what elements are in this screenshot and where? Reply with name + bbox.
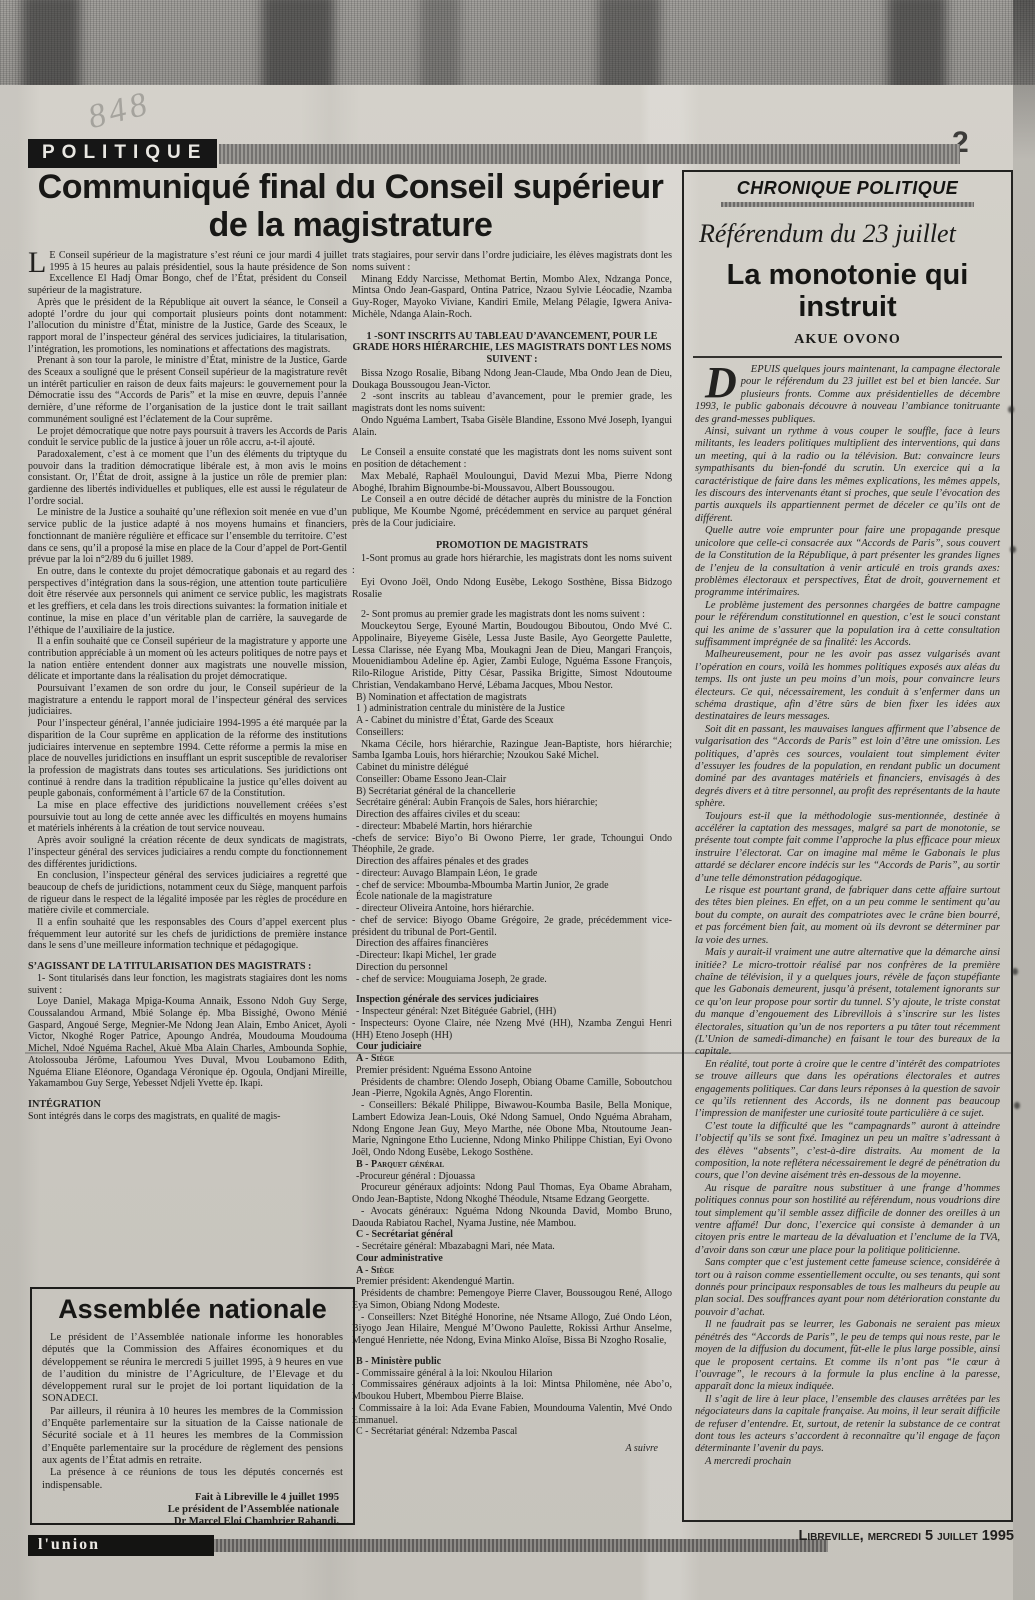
text-block: - directeur: Mbabelé Martin, hors hiérar…: [352, 821, 672, 833]
text-block: Toujours est-il que la méthodologie sus-…: [695, 811, 1000, 885]
text-block: Cabinet du ministre délégué: [352, 762, 672, 774]
text-block: Ondo Nguéma Lambert, Tsaba Gisèle Blandi…: [352, 415, 672, 439]
text-block: Loye Daniel, Makaga Mpiga-Kouma Annaik, …: [28, 996, 347, 1090]
text-block: Malheureusement, pour ne les avoir pas a…: [695, 649, 1000, 723]
text-block: - directeur: Auvago Blampain Léon, 1e gr…: [352, 868, 672, 880]
text-block: École nationale de la magistrature: [352, 891, 672, 903]
text-block: La mise en place effective des juridicti…: [28, 800, 347, 835]
text-block: - Inspecteur général: Nzet Bitéguée Gabr…: [352, 1006, 672, 1018]
text-block: Le projet démocratique que notre pays po…: [28, 426, 347, 449]
text-block: 1-Sont promus au grade hors hiérarchie, …: [352, 553, 672, 577]
chronique-title-line1: La monotonie qui: [727, 259, 969, 291]
text-block: - Conseillers: Nzet Bitéghé Honorine, né…: [352, 1312, 672, 1347]
text-block: 1- Sont titularisés dans leur fonction, …: [28, 973, 347, 996]
text-block: Poursuivant l’examen de son ordre du jou…: [28, 683, 347, 718]
text-block: En réalité, tout porte à croire que le c…: [695, 1059, 1000, 1121]
assemblee-nationale-box: Assemblée nationale Le président de l’As…: [30, 1287, 355, 1525]
text-block: Mais y aurait-il vraiment une autre alte…: [695, 947, 1000, 1059]
text-block: Soit dit en passant, les mauvaises langu…: [695, 724, 1000, 811]
text-block: - chef de service: Mouguiama Joseph, 2e …: [352, 974, 672, 986]
section-banner: POLITIQUE: [28, 139, 960, 168]
article-column-2: trats stagiaires, pour servir dans l’ord…: [352, 250, 672, 1542]
text-block: - Commissaires généraux adjoints à la lo…: [352, 1379, 672, 1403]
text-block: Sont intégrés dans le corps des magistra…: [28, 1111, 347, 1123]
text-block: LE Conseil supérieur de la magistrature …: [28, 250, 347, 297]
text-block: Premier président: Akendengué Martin.: [352, 1276, 672, 1288]
text-block: Inspection générale des services judicia…: [352, 994, 672, 1006]
text-block: 1 -SONT INSCRITS AU TABLEAU D’AVANCEMENT…: [352, 331, 672, 366]
scan-right-edge: [1013, 0, 1035, 1600]
text-block: - chef de service: Mboumba-Mboumba Marti…: [352, 880, 672, 892]
text-block: A - Siège: [352, 1265, 672, 1277]
text-block: Secrétaire général: Aubin François de Sa…: [352, 797, 672, 809]
article-column-1: LE Conseil supérieur de la magistrature …: [28, 250, 347, 1284]
text-block: Après que le président de la République …: [28, 297, 347, 356]
text-block: Conseillers:: [352, 727, 672, 739]
text-block: Sans compter que c’est justement cette f…: [695, 1257, 1000, 1319]
chronique-byline: AKUE OVONO: [695, 332, 1000, 348]
text-block: Direction des affaires financières: [352, 938, 672, 950]
text-block: - Conseillers: Békalé Philippe, Biwawou-…: [352, 1100, 672, 1159]
text-block: Mouckeytou Serge, Eyouné Martin, Boudoug…: [352, 621, 672, 692]
scan-streak: [420, 0, 460, 98]
text-block: B - Parquet général: [352, 1159, 672, 1171]
text-block: Conseiller: Obame Essono Jean-Clair: [352, 774, 672, 786]
section-banner-strip: [219, 144, 960, 164]
text-block: Il a enfin souhaité que ce Conseil supér…: [28, 636, 347, 683]
assemblee-title: Assemblée nationale: [42, 1294, 343, 1325]
text-block: Direction des affaires civiles et du sce…: [352, 809, 672, 821]
text-block: - Commissaire général à la loi: Nkoulou …: [352, 1368, 672, 1380]
text-block: B) Secrétariat général de la chancelleri…: [352, 786, 672, 798]
drop-cap: D: [695, 364, 741, 400]
text-block: Direction des affaires pénales et des gr…: [352, 856, 672, 868]
text-block: - Inspecteurs: Oyone Claire, née Nzeng M…: [352, 1018, 672, 1042]
text-block: Max Mebalé, Raphaël Mouloungui, David Me…: [352, 471, 672, 495]
chronique-body: DEPUIS quelques jours maintenant, la cam…: [695, 364, 1000, 1468]
text-block: Le président de l’Assemblée nationale: [42, 1504, 343, 1516]
text-block: Paradoxalement, c’est à ce moment que l’…: [28, 449, 347, 508]
text-block: Il s’agit de lire à leur place, l’ensemb…: [695, 1394, 1000, 1456]
text-block: Présidents de chambre: Olendo Joseph, Ob…: [352, 1077, 672, 1101]
text-block: DEPUIS quelques jours maintenant, la cam…: [695, 364, 1000, 426]
text-block: INTÉGRATION: [28, 1099, 347, 1111]
text-block: C - Secrétariat général: [352, 1229, 672, 1241]
text-block: En conclusion, l’inspecteur général des …: [28, 870, 347, 917]
text-block: Le ministre de la Justice a souhaité qu’…: [28, 507, 347, 566]
chronique-kicker: Chronique politique: [695, 178, 1000, 199]
text-block: Le président de l’Assemblée nationale in…: [42, 1332, 343, 1406]
text-block: -Procureur général : Djouassa: [352, 1171, 672, 1183]
text-block: La présence à ce réunions de tous les dé…: [42, 1467, 343, 1492]
text-block: Premier président: Nguéma Essono Antoine: [352, 1065, 672, 1077]
text-block: B) Nomination et affectation de magistra…: [352, 692, 672, 704]
section-label: POLITIQUE: [28, 139, 217, 168]
text-block: Minang Eddy Narcisse, Methomat Bertin, M…: [352, 274, 672, 321]
text-block: A mercredi prochain: [695, 1456, 1000, 1468]
main-headline: Communiqué final du Conseil supérieurde …: [28, 168, 673, 244]
text-block: C - Secrétariat général: Ndzemba Pascal: [352, 1426, 672, 1438]
scan-streak: [22, 0, 80, 98]
text-block: Ainsi, suivant un rythme à vous couper l…: [695, 426, 1000, 525]
scan-streak: [888, 0, 946, 98]
chronique-surtitle: Référendum du 23 juillet: [695, 219, 1000, 249]
scan-speck: [1014, 1102, 1020, 1109]
text-block: 1 ) administration centrale du ministère…: [352, 703, 672, 715]
text-block: Prenant à son tour la parole, le ministr…: [28, 355, 347, 425]
byline-rule: [693, 356, 1002, 358]
headline-line1: Communiqué final du Conseil supérieur: [38, 168, 664, 206]
scan-streak: [262, 0, 334, 98]
chronique-politique-box: Chronique politique Référendum du 23 jui…: [682, 170, 1013, 1522]
text-block: C’est toute la difficulté que les “campa…: [695, 1121, 1000, 1183]
text-block: -chefs de service: Biyo’o Bi Owono Pierr…: [352, 833, 672, 857]
text-block: A - Cabinet du ministre d’État, Garde de…: [352, 715, 672, 727]
text-block: Le risque est pourtant grand, de fabriqu…: [695, 885, 1000, 947]
text-block: Cour administrative: [352, 1253, 672, 1265]
text-block: Le Conseil a ensuite constaté que les ma…: [352, 447, 672, 471]
text-block: 2 -sont inscrits au tableau d’avancement…: [352, 391, 672, 415]
chronique-title: La monotonie quiinstruit: [695, 259, 1000, 323]
text-block: Au risque de paraître nous substituer à …: [695, 1183, 1000, 1257]
text-block: - directeur Oliveira Antoine, hors hiéra…: [352, 903, 672, 915]
text-block: Nkama Cécile, hors hiérarchie, Razingue …: [352, 739, 672, 763]
text-block: Quelle autre voie emprunter pour faire u…: [695, 525, 1000, 599]
text-block: Le Conseil a en outre décidé de détacher…: [352, 494, 672, 529]
text-block: S’AGISSANT DE LA TITULARISATION DES MAGI…: [28, 961, 347, 973]
text-block: trats stagiaires, pour servir dans l’ord…: [352, 250, 672, 274]
text-block: Cour judiciaire: [352, 1041, 672, 1053]
text-block: A - Siège: [352, 1053, 672, 1065]
newspaper-page: 848 2 POLITIQUE Communiqué final du Cons…: [0, 0, 1035, 1600]
text-block: 2- Sont promus au premier grade les magi…: [352, 609, 672, 621]
chronique-title-line2: instruit: [798, 291, 896, 323]
text-block: - Avocats généraux: Nguéma Ndong Nkounda…: [352, 1206, 672, 1230]
text-block: -Directeur: Ikapi Michel, 1er grade: [352, 950, 672, 962]
text-block: Direction du personnel: [352, 962, 672, 974]
newspaper-brand: l'union: [28, 1535, 214, 1556]
text-block: En outre, dans le contexte du projet dém…: [28, 566, 347, 636]
text-block: Le problème justement des personnes char…: [695, 600, 1000, 650]
footer-dateline: Libreville, mercredi 5 juillet 1995: [786, 1528, 1014, 1544]
text-block: A suivre: [352, 1443, 672, 1455]
text-block: Eyi Ovono Joël, Ondo Ndong Eusèbe, Lekog…: [352, 577, 672, 601]
text-block: - Commissaire à la loi: Ada Evane Fabien…: [352, 1403, 672, 1427]
text-block: Pour l’inspecteur général, l’année judic…: [28, 718, 347, 800]
text-block: Après avoir souligné la création récente…: [28, 835, 347, 870]
text-block: Il ne faudrait pas se leurrer, les Gabon…: [695, 1319, 1000, 1393]
text-block: Dr Marcel Eloi Chambrier Rahandi.: [42, 1516, 343, 1525]
text-block: Il a enfin souhaité que les responsables…: [28, 917, 347, 952]
text-block: Présidents de chambre: Pemengoye Pierre …: [352, 1288, 672, 1312]
text-block: B - Ministère public: [352, 1356, 672, 1368]
text-block: Procureur généraux adjoints: Ndong Paul …: [352, 1182, 672, 1206]
scan-noise-band: [0, 0, 1035, 92]
text-block: Par ailleurs, il réunira à 10 heures les…: [42, 1406, 343, 1467]
scan-streak: [598, 0, 660, 98]
text-block: - chef de service: Biyogo Obame Grégoire…: [352, 915, 672, 939]
text-block: PROMOTION DE MAGISTRATS: [352, 540, 672, 552]
text-block: Bissa Nzogo Rosalie, Bibang Ndong Jean-C…: [352, 368, 672, 392]
chronique-kicker-strip: [721, 202, 974, 207]
text-block: - Secrétaire général: Mbazabagni Mari, n…: [352, 1241, 672, 1253]
assemblee-body: Le président de l’Assemblée nationale in…: [42, 1332, 343, 1525]
headline-line2: de la magistrature: [209, 206, 493, 244]
text-block: Fait à Libreville le 4 juillet 1995: [42, 1492, 343, 1504]
drop-cap: L: [28, 250, 49, 274]
